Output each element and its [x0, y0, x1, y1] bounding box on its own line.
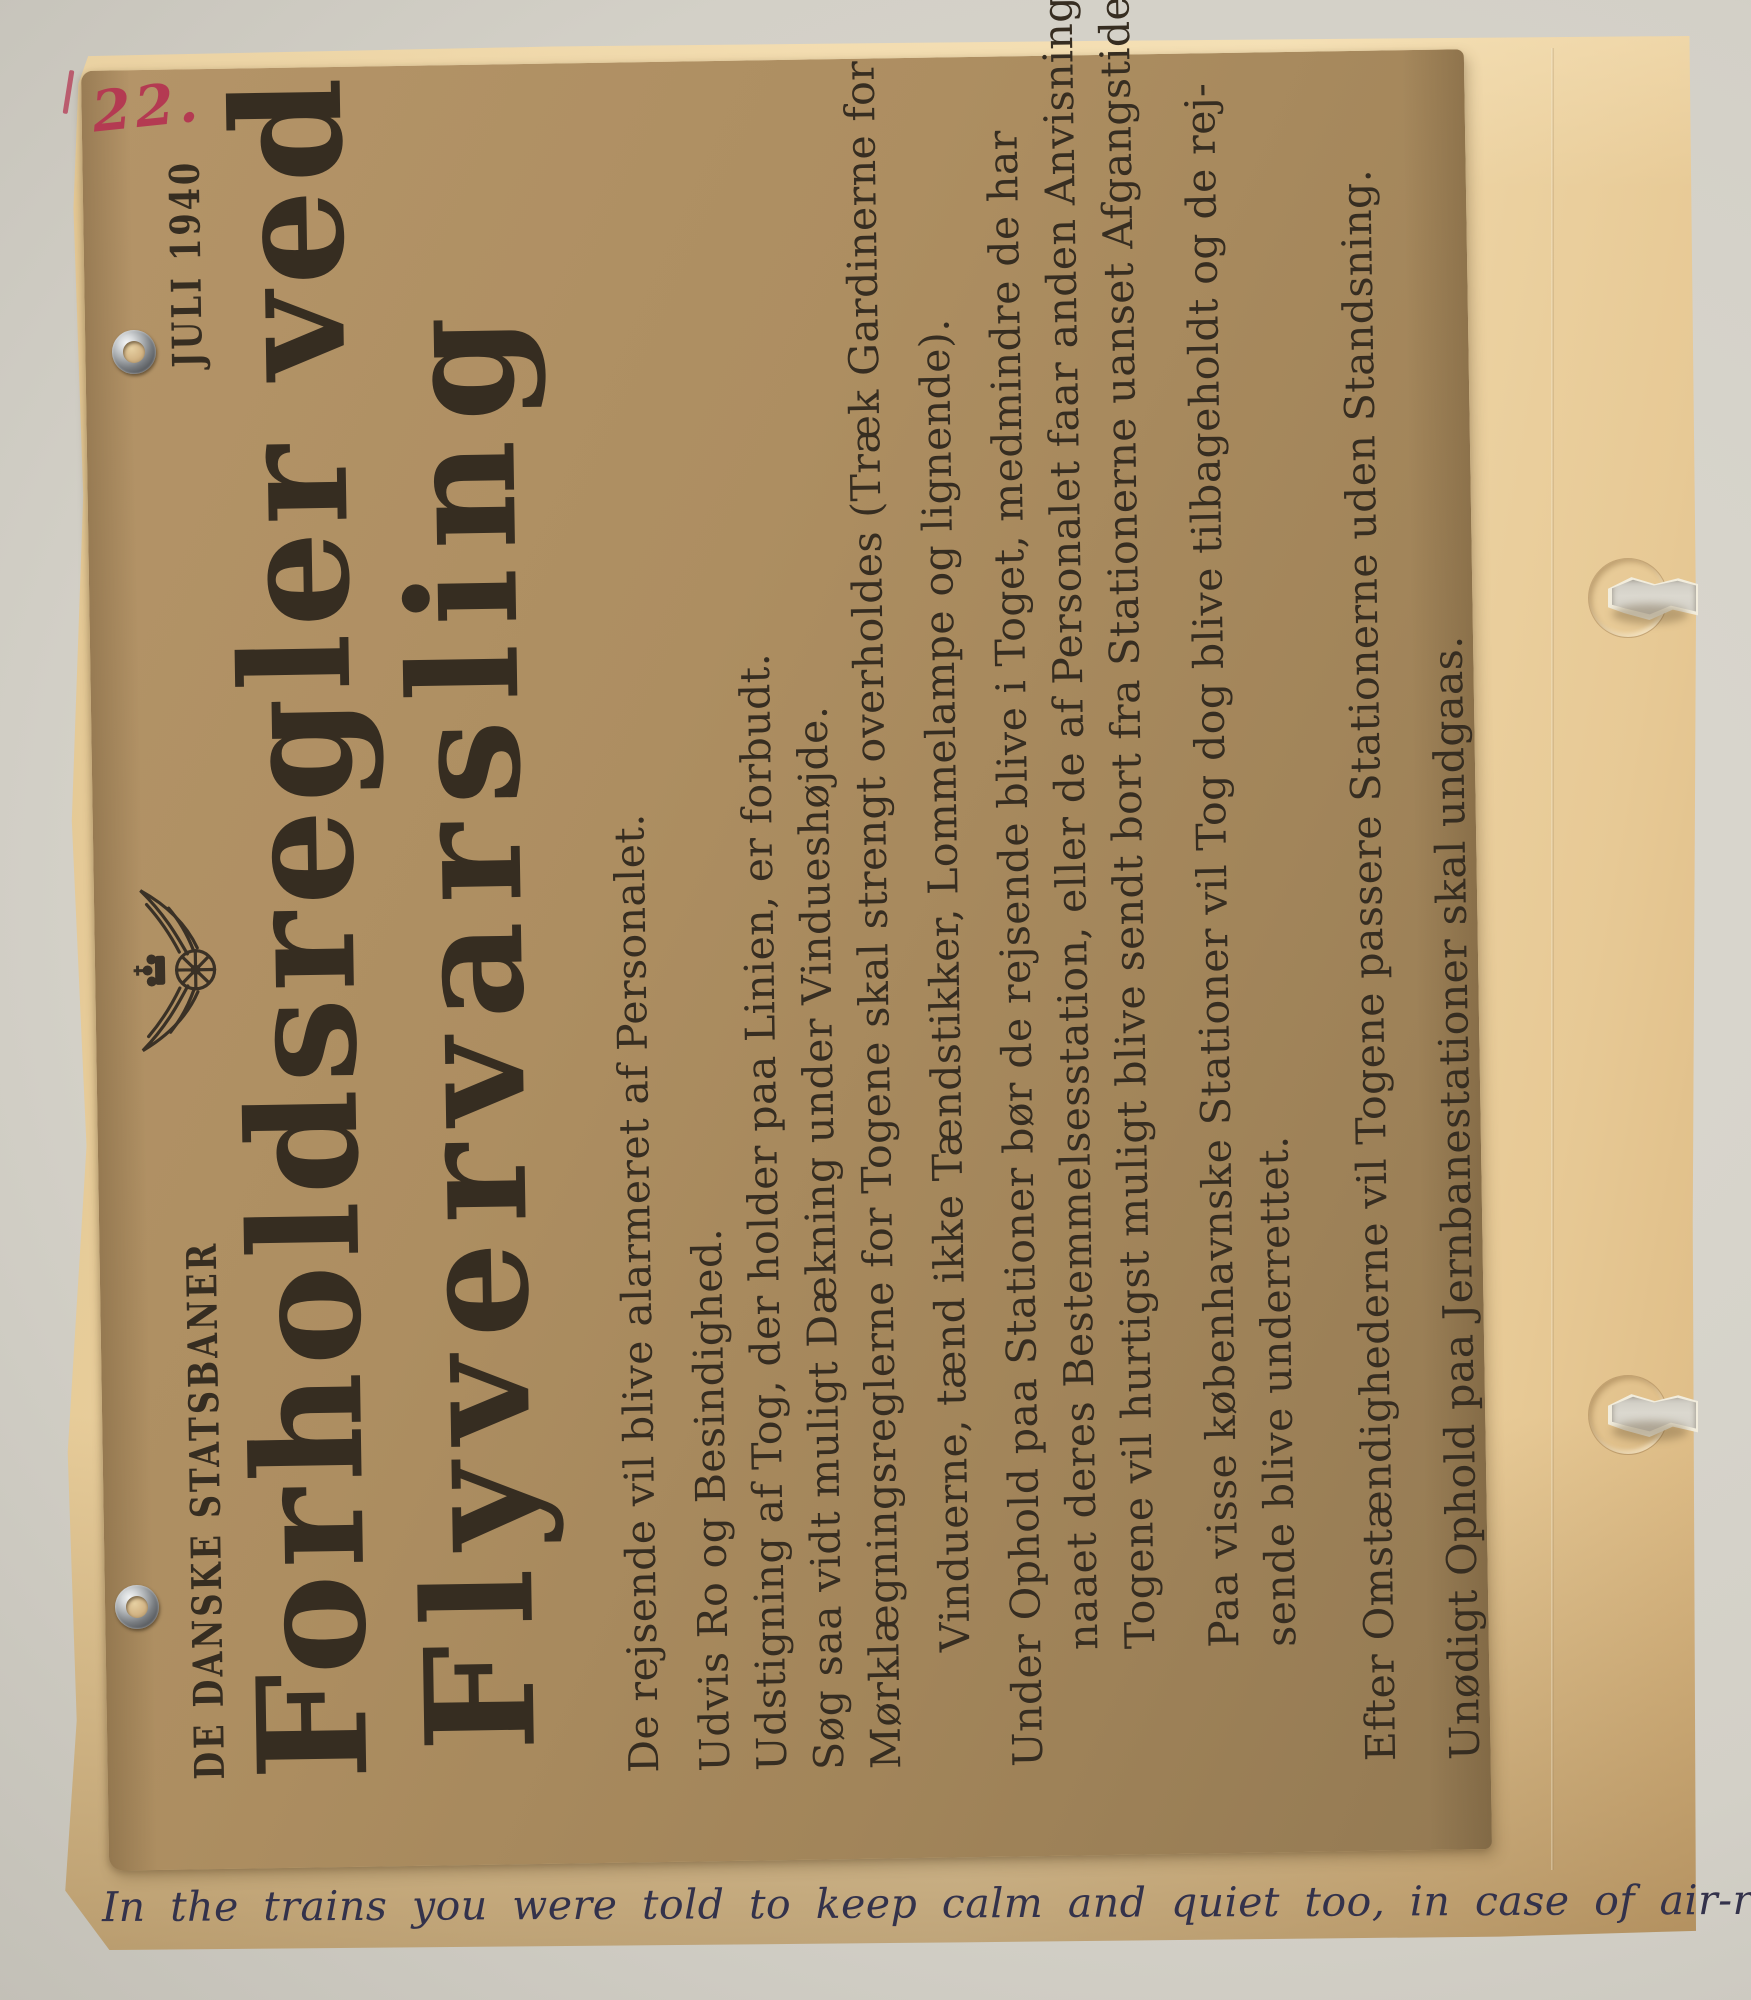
poster-content-rotated: DE DANSKE STATSBANER	[81, 49, 1492, 1871]
poster-title: Forholdsregler ved Flyvervarsling	[200, 152, 561, 1781]
handwritten-caption: In the trains you were told to keep calm…	[102, 1877, 1522, 1931]
poster-title-line2: Flyvervarsling	[376, 152, 561, 1778]
poster-body-line: Efter Omstændighederne vil Togene passer…	[1327, 111, 1410, 1762]
red-ink-mark	[63, 70, 75, 114]
eyelet-grommet-top	[112, 330, 156, 374]
page-number-annotation: 22.	[89, 68, 205, 145]
punch-hole-shadow	[1612, 1421, 1688, 1441]
poster-body-line: Vinduerne, tænd ikke Tændstikker, Lommel…	[903, 117, 986, 1768]
poster-title-line1: Forholdsregler ved	[200, 154, 401, 1781]
poster-body: De rejsende vil blive alarmeret af Perso…	[590, 109, 1494, 1773]
photo-of-album-page: DE DANSKE STATSBANER	[0, 0, 1751, 2000]
punch-hole-top	[1582, 552, 1698, 644]
dsb-air-raid-poster: DE DANSKE STATSBANER	[81, 49, 1492, 1871]
page-crease-line	[1551, 48, 1554, 1870]
punch-hole-bottom	[1582, 1369, 1698, 1461]
eyelet-grommet-bottom	[115, 1585, 159, 1629]
poster-body-line: De rejsende vil blive alarmeret af Perso…	[590, 122, 673, 1773]
punch-hole-shadow	[1612, 604, 1688, 624]
